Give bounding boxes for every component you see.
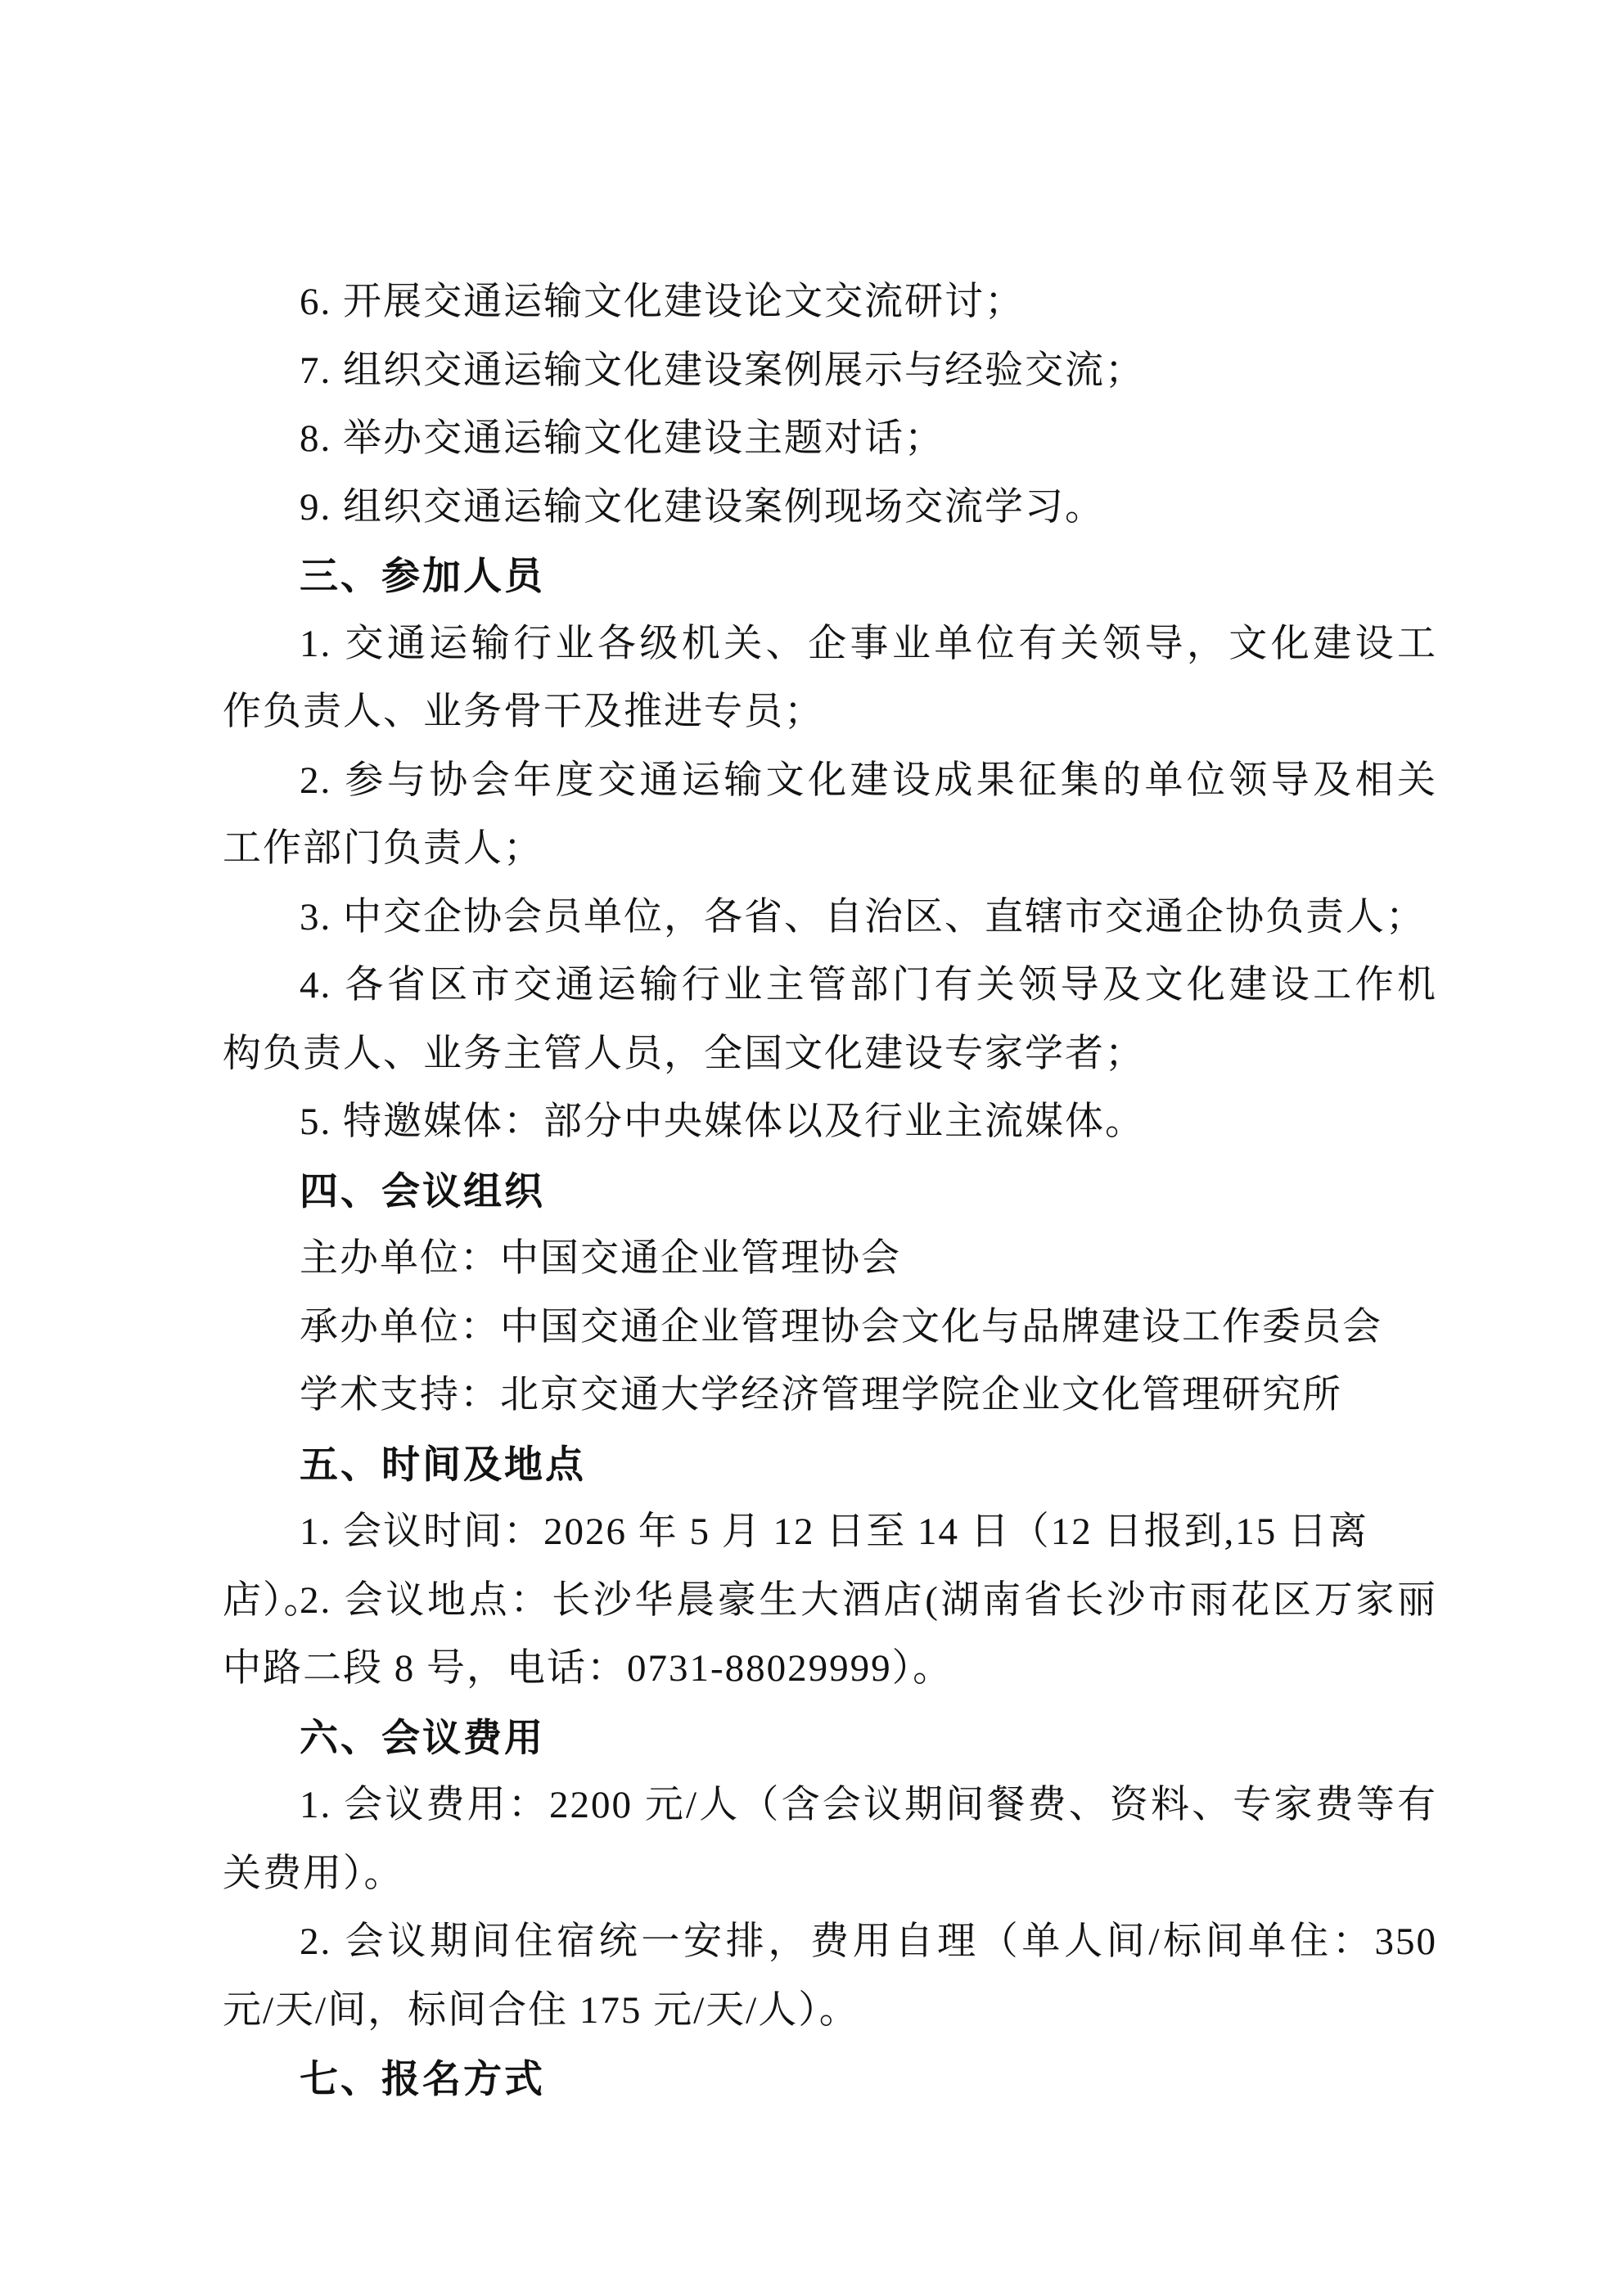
- doc-line: 8. 举办交通运输文化建设主题对话；: [223, 405, 1437, 474]
- doc-line: 关费用）。: [223, 1840, 1437, 1909]
- doc-line: 中路二段 8 号，电话：0731-88029999）。: [223, 1635, 1437, 1704]
- doc-line: 3. 中交企协会员单位，各省、自治区、直辖市交通企协负责人；: [223, 884, 1437, 952]
- doc-line: 7. 组织交通运输文化建设案例展示与经验交流；: [223, 337, 1437, 406]
- doc-line: 1. 会议时间：2026 年 5 月 12 日至 14 日（12 日报到,15 …: [223, 1498, 1437, 1567]
- doc-line: 2. 参与协会年度交通运输文化建设成果征集的单位领导及相关: [223, 747, 1437, 816]
- doc-line: 4. 各省区市交通运输行业主管部门有关领导及文化建设工作机: [223, 952, 1437, 1020]
- doc-line: 2. 会议期间住宿统一安排，费用自理（单人间/标间单住：350: [223, 1908, 1437, 1977]
- doc-line: 主办单位：中国交通企业管理协会: [223, 1225, 1437, 1294]
- section-heading: 七、报名方式: [223, 2045, 1437, 2114]
- doc-line: 1. 会议费用：2200 元/人（含会议期间餐费、资料、专家费等有: [223, 1772, 1437, 1840]
- doc-line: 作负责人、业务骨干及推进专员；: [223, 678, 1437, 747]
- doc-line: 构负责人、业务主管人员，全国文化建设专家学者；: [223, 1020, 1437, 1089]
- doc-line: 5. 特邀媒体：部分中央媒体以及行业主流媒体。: [223, 1088, 1437, 1157]
- doc-line: 6. 开展交通运输文化建设论文交流研讨；: [223, 268, 1437, 337]
- section-heading: 四、会议组织: [223, 1157, 1437, 1226]
- document-text-block: 6. 开展交通运输文化建设论文交流研讨； 7. 组织交通运输文化建设案例展示与经…: [223, 268, 1437, 2114]
- doc-line: 9. 组织交通运输文化建设案例现场交流学习。: [223, 474, 1437, 542]
- doc-line: 承办单位：中国交通企业管理协会文化与品牌建设工作委员会: [223, 1294, 1437, 1362]
- doc-line: 2. 会议地点：长沙华晨豪生大酒店(湖南省长沙市雨花区万家丽: [223, 1567, 1437, 1636]
- doc-line: 学术支持：北京交通大学经济管理学院企业文化管理研究所: [223, 1362, 1437, 1430]
- section-heading: 五、时间及地点: [223, 1430, 1437, 1499]
- section-heading: 三、参加人员: [223, 542, 1437, 610]
- document-page: 6. 开展交通运输文化建设论文交流研讨； 7. 组织交通运输文化建设案例展示与经…: [0, 0, 1623, 2296]
- section-heading: 六、会议费用: [223, 1704, 1437, 1772]
- doc-line: 1. 交通运输行业各级机关、企事业单位有关领导，文化建设工: [223, 610, 1437, 679]
- doc-line: 工作部门负责人；: [223, 815, 1437, 884]
- doc-line: 元/天/间，标间合住 175 元/天/人）。: [223, 1977, 1437, 2046]
